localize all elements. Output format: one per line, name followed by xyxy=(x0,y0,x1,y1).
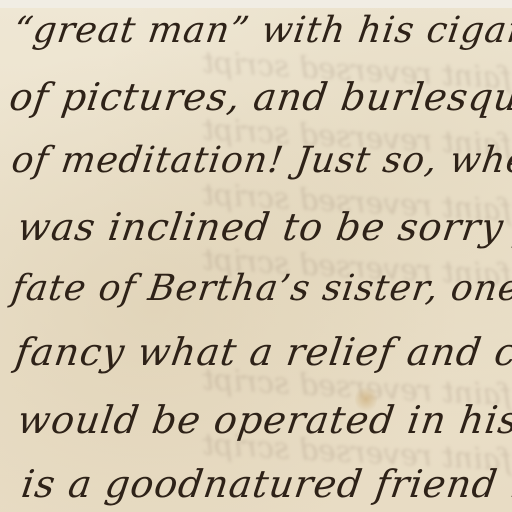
handwritten-line: fate of Bertha’s sister, one can xyxy=(9,268,512,309)
handwritten-line: was inclined to be sorry for xyxy=(15,205,512,249)
paper-top-edge xyxy=(0,0,512,8)
handwritten-line: of pictures, and burlesque dign xyxy=(7,75,512,119)
handwritten-line: fancy what a relief and che xyxy=(13,330,512,374)
handwritten-line: of meditation! Just so, when Ro xyxy=(9,140,512,181)
handwritten-line: would be operated in his f xyxy=(15,398,512,442)
handwritten-line: “great man” with his cigar & m xyxy=(11,10,512,51)
handwritten-line: is a goodnatured friend rem xyxy=(19,462,512,506)
manuscript-page: faint reversed script faint reversed scr… xyxy=(0,0,512,512)
